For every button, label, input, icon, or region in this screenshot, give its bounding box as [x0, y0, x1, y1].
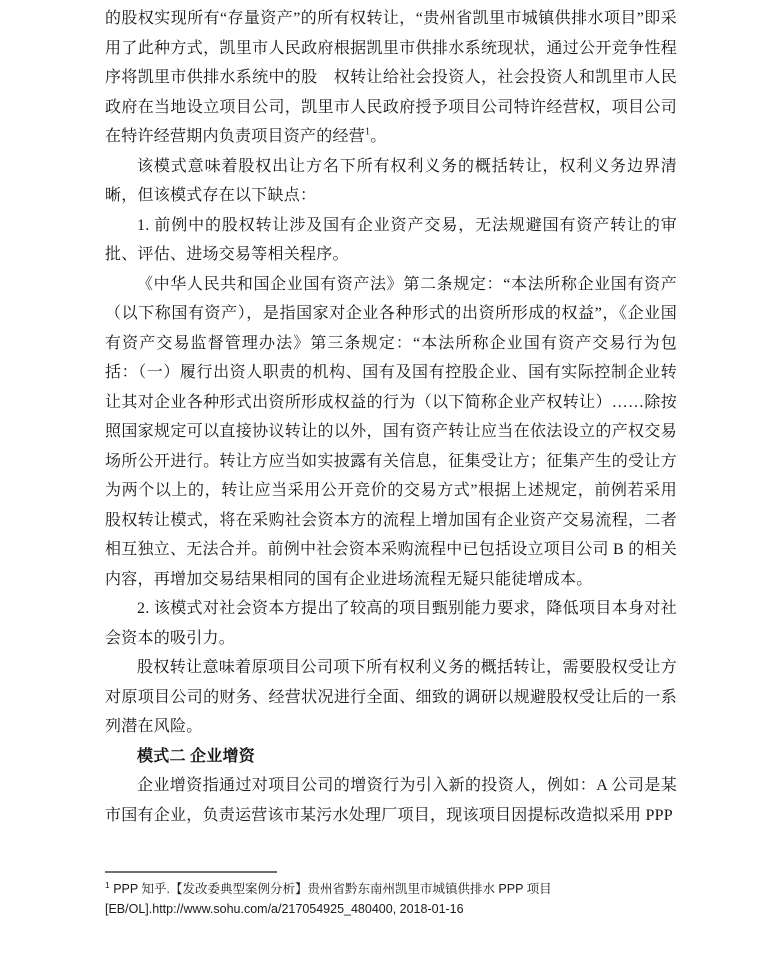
numbered-point-1: 1. 前例中的股权转让涉及国有企业资产交易，无法规避国有资产转让的审批、评估、进… — [105, 211, 677, 270]
paragraph-continuation: 的股权实现所有“存量资产”的所有权转让，“贵州省凯里市城镇供排水项目”即采用了此… — [105, 4, 677, 152]
footnote: 1 PPP 知乎.【发改委典型案例分析】贵州省黔东南州凯里市城镇供排水 PPP … — [105, 880, 677, 919]
paragraph-mode-summary: 该模式意味着股权出让方名下所有权利义务的概括转让，权利义务边界清晰，但该模式存在… — [105, 152, 677, 211]
document-body: 的股权实现所有“存量资产”的所有权转让，“贵州省凯里市城镇供排水项目”即采用了此… — [105, 4, 677, 830]
document-page: 的股权实现所有“存量资产”的所有权转让，“贵州省凯里市城镇供排水项目”即采用了此… — [0, 0, 780, 959]
numbered-point-2: 2. 该模式对社会资本方提出了较高的项目甄别能力要求，降低项目本身对社会资本的吸… — [105, 594, 677, 653]
section-heading-mode-2: 模式二 企业增资 — [105, 742, 677, 772]
paragraph-text: 的股权实现所有“存量资产”的所有权转让，“贵州省凯里市城镇供排水项目”即采用了此… — [105, 10, 677, 145]
footnote-citation-text: PPP 知乎.【发改委典型案例分析】贵州省黔东南州凯里市城镇供排水 PPP 项目 — [110, 882, 552, 896]
footnote-area: 1 PPP 知乎.【发改委典型案例分析】贵州省黔东南州凯里市城镇供排水 PPP … — [105, 871, 677, 919]
paragraph-capital-increase: 企业增资指通过对项目公司的增资行为引入新的投资人，例如：A 公司是某市国有企业，… — [105, 771, 677, 830]
footnote-separator — [105, 871, 277, 873]
footnote-url: [EB/OL].http://www.sohu.com/a/217054925_… — [105, 902, 464, 916]
paragraph-tail: 。 — [370, 128, 386, 145]
paragraph-law-citation: 《中华人民共和国企业国有资产法》第二条规定：“本法所称企业国有资产（以下称国有资… — [105, 270, 677, 595]
paragraph-risk-note: 股权转让意味着原项目公司项下所有权利义务的概括转让，需要股权受让方对原项目公司的… — [105, 653, 677, 742]
